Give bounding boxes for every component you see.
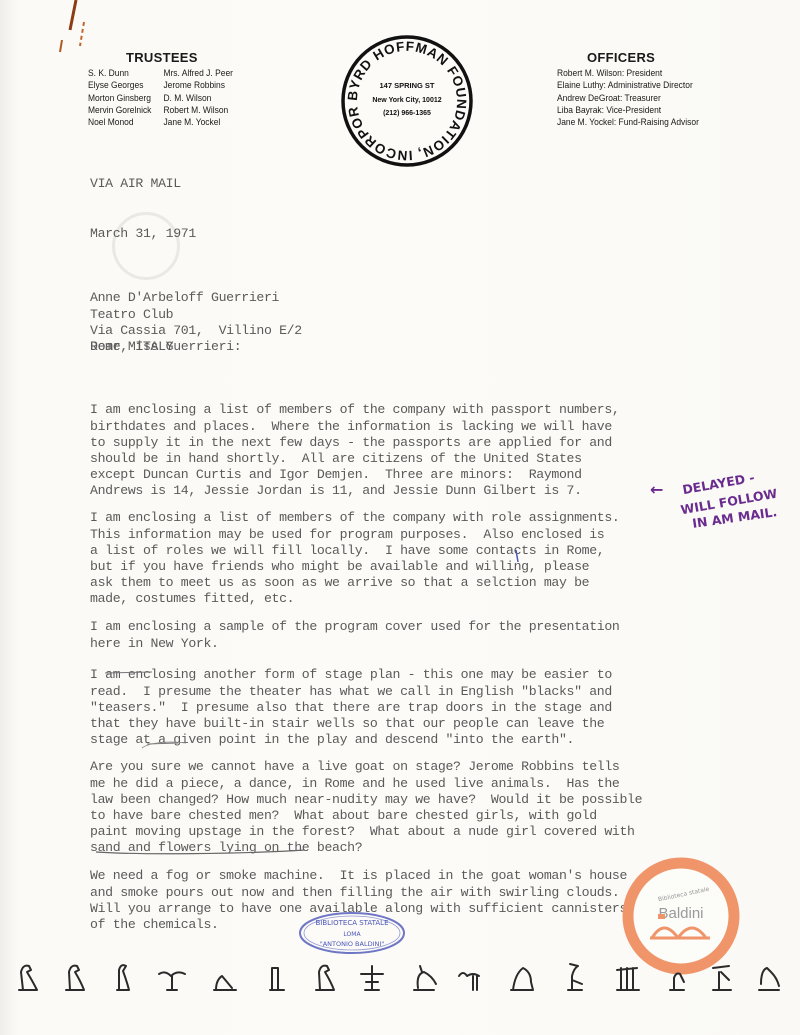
officer-entry: Andrew DeGroat: Treasurer [557,92,769,104]
vulture-icon [13,960,43,996]
text-line: I am enclosing a list of members of the … [90,402,619,418]
officer-entry: Liba Bayrak: Vice-President [557,104,769,116]
trustee-name: Noel Monod [88,116,163,128]
paperclip-rust-mark [52,0,88,54]
text-line: a list of roles we will fill locally. I … [90,543,619,559]
flamingo-icon [457,960,487,996]
text-line: read. I presume the theater has what we … [90,684,612,700]
ibis-icon [560,960,590,996]
trustee-name: Mrs. Alfred J. Peer [163,67,264,79]
officers-block: OFFICERS Robert M. Wilson: President Ela… [557,50,787,128]
text-line: I am enclosing a sample of the program c… [90,619,619,635]
delivery-method: VIA AIR MAIL [90,176,181,192]
text-line: Are you sure we cannot have a live goat … [90,759,642,775]
library-stamp-blue: BIBLIOTECA STATALE LOMA "ANTONIO BALDINI… [296,908,408,958]
text-line: law been changed? How much near-nudity m… [90,792,642,808]
vulture-icon [310,960,340,996]
trustees-list: S. K. Dunn Mrs. Alfred J. Peer Elyse Geo… [88,67,290,128]
svg-text:Baldini: Baldini [658,905,703,922]
winged-sun-icon [157,960,187,996]
text-line: me he did a piece, a dance, in Rome and … [90,776,642,792]
text-line: to supply it in the next few days - the … [90,435,619,451]
arrow-left-icon: ← [650,480,663,499]
sphinx-icon [507,960,537,996]
kneeling-figure-icon [357,960,387,996]
trustee-name: Mervin Gorelnick [88,104,163,116]
text-line: should be in hand shortly. All are citiz… [90,451,619,467]
trustee-name: S. K. Dunn [88,67,163,79]
trustee-name: Robert M. Wilson [163,104,264,116]
seal-address-1: 147 SPRING ST [379,81,434,90]
trustees-title: TRUSTEES [126,50,308,65]
seated-figure-icon [260,960,290,996]
owl-icon [107,960,137,996]
bird-flying-icon [410,960,440,996]
text-line: to have bare chested men? What about bar… [90,808,642,824]
address-line: Teatro Club [90,307,302,323]
three-birds-icon [613,960,643,996]
svg-text:BIBLIOTECA STATALE: BIBLIOTECA STATALE [315,919,388,927]
text-line: but if you have friends who might be ava… [90,559,619,575]
trustees-block: TRUSTEES S. K. Dunn Mrs. Alfred J. Peer … [88,50,308,128]
address-line: Via Cassia 701, Villino E/2 [90,323,302,339]
address-line: Anne D'Arbeloff Guerrieri [90,290,302,306]
small-bird-icon [662,960,692,996]
text-line: This information may be used for program… [90,527,619,543]
handwritten-note: ← DELAYED - WILL FOLLOW IN AM MAIL. [650,470,800,540]
text-line: "teasers." I presume also that there are… [90,700,612,716]
duck-icon [753,960,783,996]
text-line: birthdates and places. Where the informa… [90,419,619,435]
officer-entry: Robert M. Wilson: President [557,67,769,79]
officers-title: OFFICERS [587,50,787,65]
officer-entry: Elaine Luthy: Administrative Director [557,79,769,91]
heron-icon [707,960,737,996]
svg-text:LOMA: LOMA [343,931,361,938]
letter-date: March 31, 1971 [90,226,196,242]
trustee-name: D. M. Wilson [163,92,264,104]
hieroglyph-footer [0,960,800,1000]
svg-text:"ANTONIO BALDINI": "ANTONIO BALDINI" [320,940,385,948]
baldini-library-logo: Biblioteca statale Baldini [620,856,742,976]
trustee-name: Jerome Robbins [163,79,264,91]
trustee-name: Jane M. Yockel [163,116,264,128]
salutation: Dear Miss Guerrieri: [90,339,241,355]
trustee-name: Morton Ginsberg [88,92,163,104]
hand-icon [210,960,240,996]
text-line: and smoke pours out now and then filling… [90,885,627,901]
seal-phone: (212) 966-1365 [383,110,431,117]
text-line: I am enclosing another form of stage pla… [90,667,612,683]
foundation-seal: BYRD HOFFMAN FOUNDATION, INCORPORATED 14… [340,34,474,168]
officers-list: Robert M. Wilson: President Elaine Luthy… [557,67,769,128]
seal-address-2: New York City, 10012 [372,97,441,104]
text-line: I am enclosing a list of members of the … [90,510,619,526]
falcon-icon [60,960,90,996]
officer-entry: Jane M. Yockel: Fund-Raising Advisor [557,116,769,128]
trustee-name: Elyse Georges [88,79,163,91]
text-line: We need a fog or smoke machine. It is pl… [90,868,627,884]
